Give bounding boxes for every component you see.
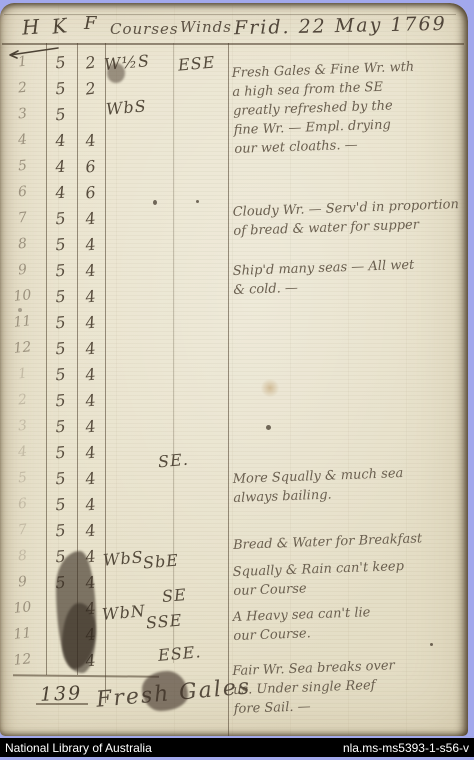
log-date-heading: Frid. 22 May 1769: [234, 13, 447, 39]
remark-line: Bread & Water for Breakfast: [233, 528, 462, 555]
course-entry: W½S: [103, 51, 150, 74]
hour-value: 6: [0, 494, 46, 515]
log-row: 654: [0, 491, 106, 517]
remark-block: Squally & Rain can't keep our Course: [232, 555, 461, 601]
log-row: 152: [0, 49, 106, 75]
fathoms-value: 4: [75, 649, 106, 671]
fathoms-value: 4: [75, 415, 106, 437]
column-header-courses: Courses: [110, 20, 179, 38]
knots-value: 4: [44, 129, 77, 151]
wind-entry: SSE: [145, 610, 183, 632]
ink-speck: [18, 308, 22, 312]
hour-value: 9: [0, 260, 46, 281]
fathoms-value: 2: [75, 77, 106, 99]
hour-value: 5: [0, 156, 46, 177]
fathoms-value: 4: [75, 337, 106, 359]
knots-value: 5: [44, 77, 77, 99]
manuscript-page: H K F Courses Winds Frid. 22 May 1769 15…: [0, 3, 468, 736]
course-entry: WbN: [101, 601, 146, 624]
log-row: 114: [0, 621, 106, 647]
fathoms-value: 6: [75, 155, 106, 177]
log-row: 124: [0, 647, 106, 673]
column-header-winds: Winds: [180, 18, 232, 36]
wind-entry: ESE: [177, 52, 216, 74]
log-row: 454: [0, 439, 106, 465]
hour-value: 11: [0, 624, 46, 645]
fathoms-value: 4: [75, 363, 106, 385]
knots-value: 5: [44, 441, 77, 463]
hour-value: 5: [0, 468, 46, 489]
knots-value: 5: [44, 233, 77, 255]
knots-value: 4: [44, 181, 77, 203]
fathoms-value: 4: [75, 519, 106, 541]
library-name: National Library of Australia: [5, 741, 152, 755]
log-row: 854: [0, 543, 106, 569]
log-row: 252: [0, 75, 106, 101]
knots-value: 4: [44, 155, 77, 177]
fathoms-value: 2: [75, 51, 106, 73]
fathoms-value: 4: [75, 545, 106, 567]
log-row: 554: [0, 465, 106, 491]
log-row: 546: [0, 153, 106, 179]
knots-value: 5: [44, 519, 77, 541]
footer-bar: National Library of Australia nla.ms-ms5…: [0, 738, 474, 757]
hour-value: 7: [0, 520, 46, 541]
log-row: 646: [0, 179, 106, 205]
fathoms-value: 4: [75, 493, 106, 515]
knots-value: 5: [44, 103, 77, 125]
hour-value: 3: [0, 104, 46, 125]
hour-value: 9: [0, 572, 46, 593]
fathoms-value: 4: [75, 285, 106, 307]
log-row: 444: [0, 127, 106, 153]
wind-entry: SbE: [142, 550, 179, 572]
fathoms-value: 4: [75, 233, 106, 255]
remark-block: A Heavy sea can't lie our Course.: [232, 600, 461, 646]
hour-value: 4: [0, 442, 46, 463]
knots-value: 5: [44, 337, 77, 359]
hour-value: 12: [0, 338, 46, 359]
fathoms-value: 4: [75, 571, 106, 593]
ink-speck: [266, 425, 271, 430]
remark-block: Bread & Water for Breakfast: [233, 528, 462, 555]
column-rule-courses-winds: [173, 43, 174, 663]
course-entry: WbS: [102, 547, 144, 569]
log-row: 35: [0, 101, 106, 127]
ink-speck: [153, 200, 157, 205]
column-header-hours: H: [21, 14, 41, 39]
log-row: 154: [0, 361, 106, 387]
wind-entry: SE: [161, 585, 187, 606]
total-rule-line: [13, 674, 159, 678]
log-row: 1054: [0, 283, 106, 309]
knots-value: 5: [44, 51, 77, 73]
hour-value: 8: [0, 234, 46, 255]
hour-value: 10: [0, 598, 46, 619]
knots-value: 5: [44, 545, 77, 567]
log-row: 354: [0, 413, 106, 439]
column-rule-winds-remarks: [228, 43, 229, 736]
hour-value: 4: [0, 130, 46, 151]
hour-value: 11: [0, 312, 46, 333]
knots-value: [45, 659, 76, 662]
ink-speck: [196, 200, 199, 203]
knots-value: 5: [44, 467, 77, 489]
fathoms-value: 4: [75, 311, 106, 333]
fathoms-value: 4: [75, 389, 106, 411]
remark-block: Fair Wr. Sea breaks over us. Under singl…: [232, 654, 462, 719]
remark-block: Fresh Gales & Fine Wr. wth a high sea fr…: [231, 56, 462, 159]
fathoms-value: [76, 112, 105, 116]
remark-block: More Squally & much sea always bailing.: [232, 462, 461, 508]
paper-stain: [260, 379, 280, 397]
remark-block: Cloudy Wr. — Serv'd in proportion of bre…: [232, 195, 461, 241]
image-reference: nla.ms-ms5393-1-s56-v: [343, 741, 469, 755]
log-row: 954: [0, 257, 106, 283]
log-row: 1254: [0, 335, 106, 361]
hour-value: 7: [0, 208, 46, 229]
knots-value: 5: [44, 259, 77, 281]
wind-entry: ESE.: [157, 642, 202, 665]
knots-value: 5: [44, 285, 77, 307]
wind-entry: SE.: [157, 450, 189, 472]
hour-value: 2: [0, 78, 46, 99]
log-rows: 1522523544454664675485495410541154125415…: [0, 49, 106, 673]
hour-value: 1: [0, 364, 46, 385]
knots-value: [45, 633, 76, 636]
remark-block: Ship'd many seas — All wet & cold. —: [232, 254, 461, 300]
ink-speck: [430, 643, 433, 646]
knots-value: 5: [44, 493, 77, 515]
log-row: 854: [0, 231, 106, 257]
knots-value: 5: [44, 571, 77, 593]
hour-value: 12: [0, 650, 46, 671]
knots-value: 5: [44, 311, 77, 333]
log-row: 104: [0, 595, 106, 621]
fathoms-value: 4: [75, 441, 106, 463]
knots-value: 5: [44, 389, 77, 411]
knots-value: [45, 607, 76, 610]
fathoms-value: 4: [75, 623, 106, 645]
hour-value: 10: [0, 286, 46, 307]
log-row: 1154: [0, 309, 106, 335]
column-header-fathoms: F: [84, 13, 98, 34]
log-row: 754: [0, 205, 106, 231]
log-row: 754: [0, 517, 106, 543]
hour-value: 6: [0, 182, 46, 203]
hour-value: 3: [0, 416, 46, 437]
hour-value: 8: [0, 546, 46, 567]
fathoms-value: 4: [75, 467, 106, 489]
knots-value: 5: [44, 363, 77, 385]
fathoms-value: 4: [75, 207, 106, 229]
fathoms-value: 6: [75, 181, 106, 203]
distance-total: 139: [40, 682, 83, 705]
knots-value: 5: [44, 415, 77, 437]
fathoms-value: 4: [75, 129, 106, 151]
log-row: 954: [0, 569, 106, 595]
hour-value: 2: [0, 390, 46, 411]
log-row: 254: [0, 387, 106, 413]
header-rule-line: [2, 43, 464, 45]
course-entry: WbS: [105, 96, 147, 118]
fathoms-value: 4: [75, 259, 106, 281]
knots-value: 5: [44, 207, 77, 229]
hour-value: 1: [0, 52, 46, 73]
column-header-knots: K: [51, 13, 69, 39]
